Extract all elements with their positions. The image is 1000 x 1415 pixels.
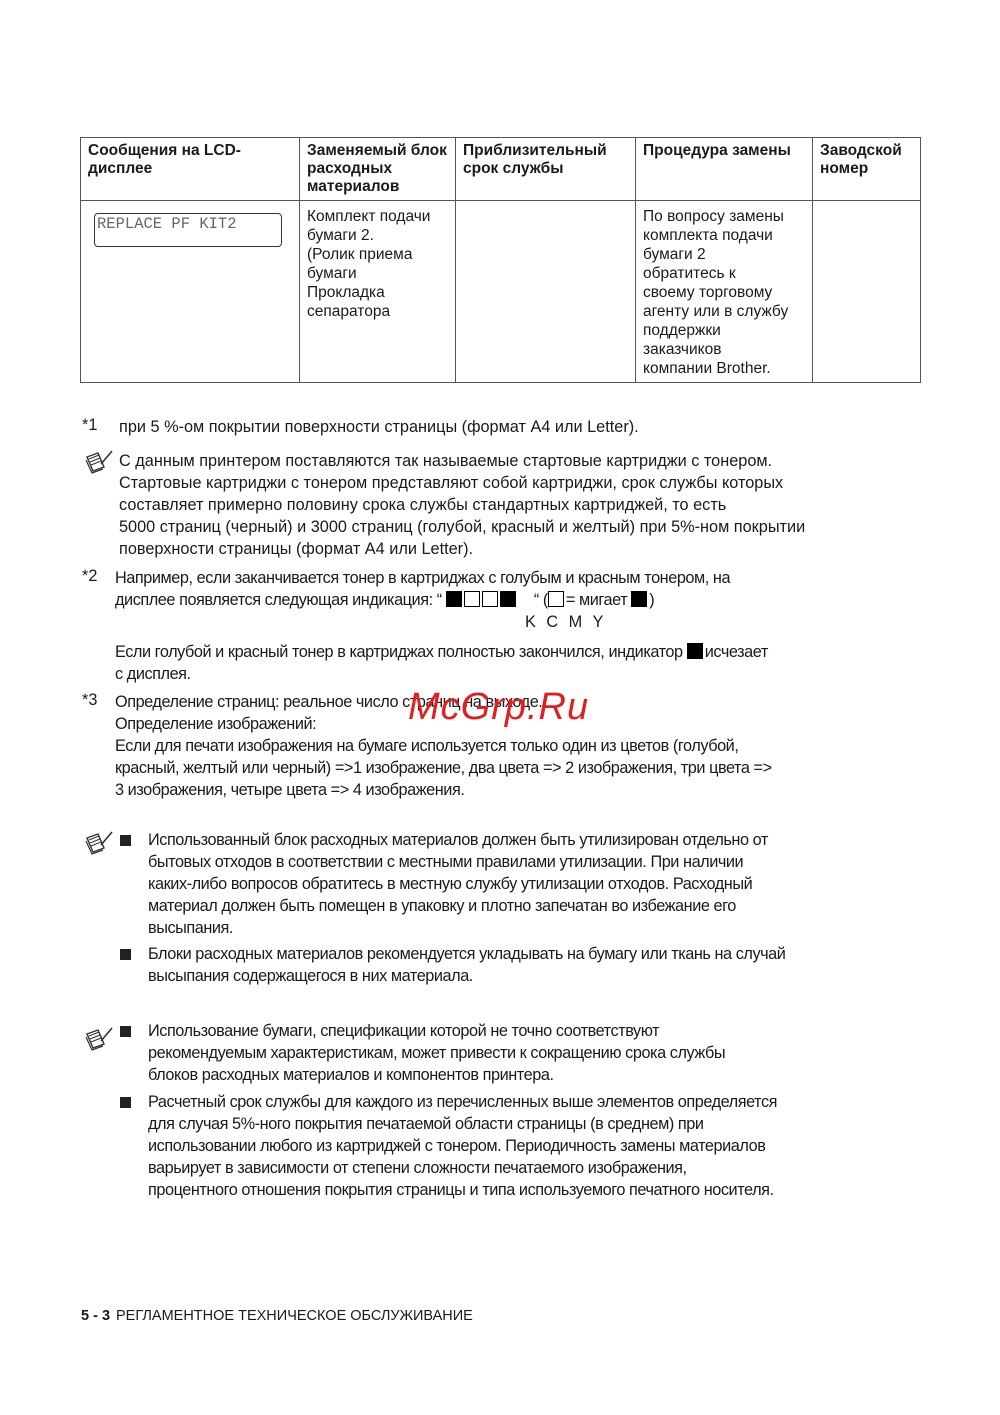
toner-blinking-square-icon xyxy=(482,591,498,607)
bullet-square-icon xyxy=(120,949,131,960)
footnote-mark-3: *3 xyxy=(82,691,97,710)
table-row: REPLACE PF KIT2 Комплект подачи бумаги 2… xyxy=(81,201,921,383)
page-footer: 5 - 3РЕГЛАМЕНТНОЕ ТЕХНИЧЕСКОЕ ОБСЛУЖИВАН… xyxy=(81,1308,473,1324)
footnote-3-line: красный, желтый или черный) =>1 изображе… xyxy=(115,757,772,779)
note-3-line: использовании любого из картриджей с тон… xyxy=(148,1135,777,1157)
filled-square-legend-icon xyxy=(631,591,647,607)
footnote-2-prefix: дисплее появляется следующая индикация: … xyxy=(115,591,442,609)
note-pencil-icon xyxy=(84,830,114,856)
header-part: Заменяемый блок расходных материалов xyxy=(300,138,456,201)
header-part-number: Заводской номер xyxy=(813,138,921,201)
part-line: сепаратора xyxy=(307,302,448,321)
note-1-line: поверхности страницы (формат А4 или Lett… xyxy=(119,538,805,560)
footnote-mark-2: *2 xyxy=(82,567,97,586)
consumables-table: Сообщения на LCD-дисплее Заменяемый блок… xyxy=(80,137,921,383)
footnote-2-text: Например, если заканчивается тонер в кар… xyxy=(115,567,768,685)
part-line: Прокладка xyxy=(307,283,448,302)
toner-filled-square-icon xyxy=(500,591,516,607)
note-2-line: каких-либо вопросов обратитесь в местную… xyxy=(148,873,768,895)
section-title: РЕГЛАМЕНТНОЕ ТЕХНИЧЕСКОЕ ОБСЛУЖИВАНИЕ xyxy=(116,1308,473,1324)
note-1-line: С данным принтером поставляются так назы… xyxy=(119,450,805,472)
procedure-line: поддержки xyxy=(643,321,805,340)
cell-part-number xyxy=(813,201,921,383)
procedure-line: своему торговому xyxy=(643,283,805,302)
footnote-1-text: при 5 %-ом покрытии поверхности страницы… xyxy=(119,416,639,438)
footnote-2-indicator-line: дисплее появляется следующая индикация: … xyxy=(115,589,768,611)
note-3-line: блоков расходных материалов и компоненто… xyxy=(148,1064,725,1086)
note-2-line: Блоки расходных материалов рекомендуется… xyxy=(148,943,785,965)
note-3-line: для случая 5%-ного покрытия печатаемой о… xyxy=(148,1113,777,1135)
cell-lifetime xyxy=(456,201,636,383)
cell-procedure: По вопросу замены комплекта подачи бумаг… xyxy=(636,201,813,383)
footnote-2-line3-suffix: исчезает xyxy=(705,643,768,661)
footnote-3-line: 3 изображения, четыре цвета => 4 изображ… xyxy=(115,779,772,801)
toner-blinking-square-icon xyxy=(464,591,480,607)
footnote-2-line: Например, если заканчивается тонер в кар… xyxy=(115,567,768,589)
procedure-line: заказчиков xyxy=(643,340,805,359)
header-procedure: Процедура замены xyxy=(636,138,813,201)
note-2-line: высыпания содержащегося в них материала. xyxy=(148,965,785,987)
note-2-line: высыпания. xyxy=(148,917,768,939)
procedure-line: компании Brother. xyxy=(643,359,805,378)
part-line: (Ролик приема xyxy=(307,245,448,264)
note-pencil-icon xyxy=(84,1026,114,1052)
footnote-2-line: Если голубой и красный тонер в картриджа… xyxy=(115,641,768,663)
bullet-square-icon xyxy=(120,1097,131,1108)
part-line: Комплект подачи xyxy=(307,207,448,226)
procedure-line: агенту или в службу xyxy=(643,302,805,321)
toner-filled-square-icon xyxy=(446,591,462,607)
note-2-bullet-2: Блоки расходных материалов рекомендуется… xyxy=(148,943,785,987)
note-1-line: составляет примерно половину срока служб… xyxy=(119,494,805,516)
note-2-line: бытовых отходов в соответствии с местным… xyxy=(148,851,768,873)
part-line: бумаги xyxy=(307,264,448,283)
bullet-square-icon xyxy=(120,835,131,846)
footnote-2-line3-prefix: Если голубой и красный тонер в картриджа… xyxy=(115,643,683,661)
procedure-line: По вопросу замены xyxy=(643,207,805,226)
footnote-2-eq: = мигает xyxy=(566,591,627,609)
footnote-2-end: ) xyxy=(649,591,654,609)
footnote-mark-1: *1 xyxy=(82,416,97,435)
note-3-line: Расчетный срок службы для каждого из пер… xyxy=(148,1091,777,1113)
note-1-text: С данным принтером поставляются так назы… xyxy=(119,450,805,560)
filled-square-icon xyxy=(687,643,703,659)
note-2-line: материал должен быть помещен в упаковку … xyxy=(148,895,768,917)
note-3-bullet-1: Использование бумаги, спецификации котор… xyxy=(148,1020,725,1086)
note-3-line: процентного отношения покрытия страницы … xyxy=(148,1179,777,1201)
bullet-square-icon xyxy=(120,1026,131,1037)
procedure-line: обратитесь к xyxy=(643,264,805,283)
note-2-line: Использованный блок расходных материалов… xyxy=(148,829,768,851)
note-3-bullet-2: Расчетный срок службы для каждого из пер… xyxy=(148,1091,777,1201)
note-1-line: 5000 страниц (черный) и 3000 страниц (го… xyxy=(119,516,805,538)
indicator-labels: K C M Y xyxy=(115,611,768,633)
lcd-display-box: REPLACE PF KIT2 xyxy=(94,213,282,247)
cell-lcd-message: REPLACE PF KIT2 xyxy=(81,201,300,383)
note-1-line: Стартовые картриджи с тонером представля… xyxy=(119,472,805,494)
blinking-square-legend-icon xyxy=(548,591,564,607)
procedure-line: бумаги 2 xyxy=(643,245,805,264)
note-3-line: рекомендуемым характеристикам, может при… xyxy=(148,1042,725,1064)
part-line: бумаги 2. xyxy=(307,226,448,245)
watermark: McGrp.Ru xyxy=(408,686,589,729)
toner-indicator xyxy=(446,591,518,609)
footnote-2-line: с дисплея. xyxy=(115,663,768,685)
note-3-line: Использование бумаги, спецификации котор… xyxy=(148,1020,725,1042)
table-header-row: Сообщения на LCD-дисплее Заменяемый блок… xyxy=(81,138,921,201)
header-lifetime: Приблизительный срок службы xyxy=(456,138,636,201)
note-pencil-icon xyxy=(84,449,114,475)
footnote-3-line: Если для печати изображения на бумаге ис… xyxy=(115,735,772,757)
cell-part: Комплект подачи бумаги 2. (Ролик приема … xyxy=(300,201,456,383)
footnote-2-mid: “ ( xyxy=(534,591,548,609)
note-3-line: варьирует в зависимости от степени сложн… xyxy=(148,1157,777,1179)
header-lcd-message: Сообщения на LCD-дисплее xyxy=(81,138,300,201)
note-2-bullet-1: Использованный блок расходных материалов… xyxy=(148,829,768,939)
procedure-line: комплекта подачи xyxy=(643,226,805,245)
page-number: 5 - 3 xyxy=(81,1308,110,1324)
